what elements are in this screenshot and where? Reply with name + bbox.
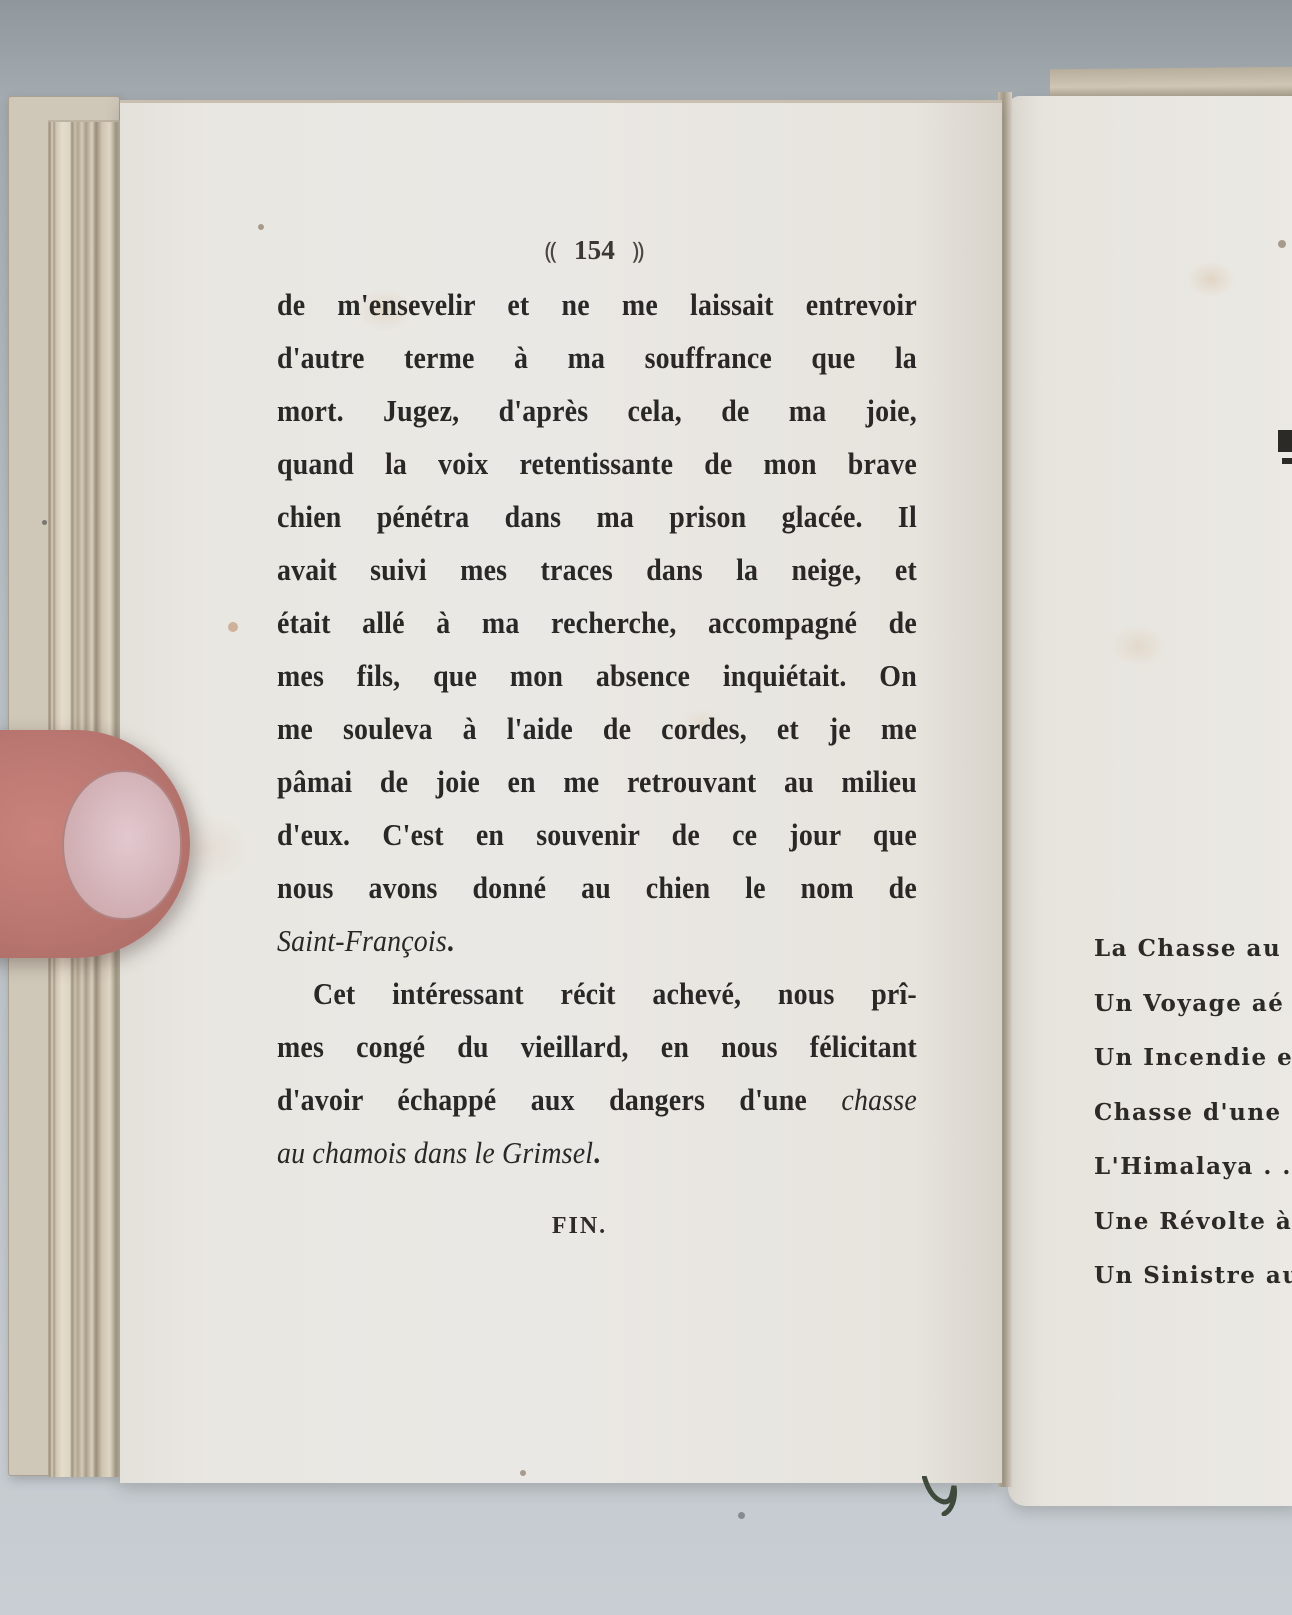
- punctuation: .: [447, 923, 454, 958]
- toc-item: Un Sinistre au: [1094, 1249, 1292, 1304]
- thumbnail: [62, 770, 182, 920]
- toc-item: Un Incendie e: [1094, 1031, 1292, 1086]
- text-line: chien pénétra dans ma prison glacée. Il: [277, 490, 917, 543]
- punctuation: .: [593, 1135, 600, 1170]
- text-line: était allé à ma recherche, accompagné de: [277, 596, 917, 649]
- running-head: ⸨ 154 ⸩: [267, 230, 922, 270]
- text-line: pâmai de joie en me retrouvant au milieu: [277, 755, 917, 808]
- text-line: de m'ensevelir et ne me laissait entrevo…: [277, 278, 917, 331]
- foxing-spot: [228, 622, 238, 632]
- text-line: d'eux. C'est en souvenir de ce jour que: [277, 808, 917, 861]
- paragraph-2-line-2: mes congé du vieillard, en nous félicita…: [277, 1020, 917, 1073]
- foxing-spot: [520, 1470, 526, 1476]
- italic-name: Saint-François: [277, 923, 447, 958]
- page-number: 154: [574, 235, 615, 265]
- toc-item: La Chasse au: [1094, 922, 1292, 977]
- text-roman: d'avoir échappé aux dangers d'une: [277, 1082, 841, 1117]
- cut-off-glyph: [1282, 458, 1292, 464]
- toc-item: Un Voyage aé: [1094, 977, 1292, 1032]
- table-of-contents: La Chasse au Un Voyage aé Un Incendie e …: [1094, 922, 1292, 1304]
- foxing-spot: [1278, 240, 1286, 248]
- toc-item: Une Révolte à: [1094, 1195, 1292, 1250]
- text-line: quand la voix retentissante de mon brave: [277, 437, 917, 490]
- text-line: avait suivi mes traces dans la neige, et: [277, 543, 917, 596]
- background-speck: [738, 1512, 745, 1519]
- toc-item: L'Himalaya . . .: [1094, 1140, 1292, 1195]
- cover-mark: [42, 520, 47, 525]
- text-line: d'autre terme à ma souffrance que la: [277, 331, 917, 384]
- paragraph-2-line-4: au chamois dans le Grimsel.: [277, 1126, 917, 1179]
- text-line: mes fils, que mon absence inquiétait. On: [277, 649, 917, 702]
- left-page-text: ⸨ 154 ⸩ de m'ensevelir et ne me laissait…: [277, 230, 922, 1240]
- text-italic: au chamois dans le Grimsel: [277, 1135, 593, 1170]
- text-line: nous avons donné au chien le nom de: [277, 861, 917, 914]
- text-line: me souleva à l'aide de cordes, et je me: [277, 702, 917, 755]
- paragraph-2-line-1: Cet intéressant récit achevé, nous prî-: [277, 967, 917, 1020]
- toc-item: Chasse d'une: [1094, 1086, 1292, 1141]
- text-italic: chasse: [841, 1082, 916, 1117]
- text-line: mort. Jugez, d'après cela, de ma joie,: [277, 384, 917, 437]
- cut-off-glyph: [1278, 430, 1292, 452]
- ribbon-bookmark-icon: [922, 1476, 962, 1516]
- text-line-italic-name: Saint-François.: [277, 914, 917, 967]
- end-mark: FIN.: [237, 1213, 922, 1240]
- book-spine-top: [1050, 67, 1292, 100]
- foxing-spot: [258, 224, 264, 230]
- ornament-right-icon: ⸩: [622, 239, 654, 265]
- paragraph-2-line-3: d'avoir échappé aux dangers d'une chasse: [277, 1073, 917, 1126]
- ornament-left-icon: ⸨: [535, 239, 567, 265]
